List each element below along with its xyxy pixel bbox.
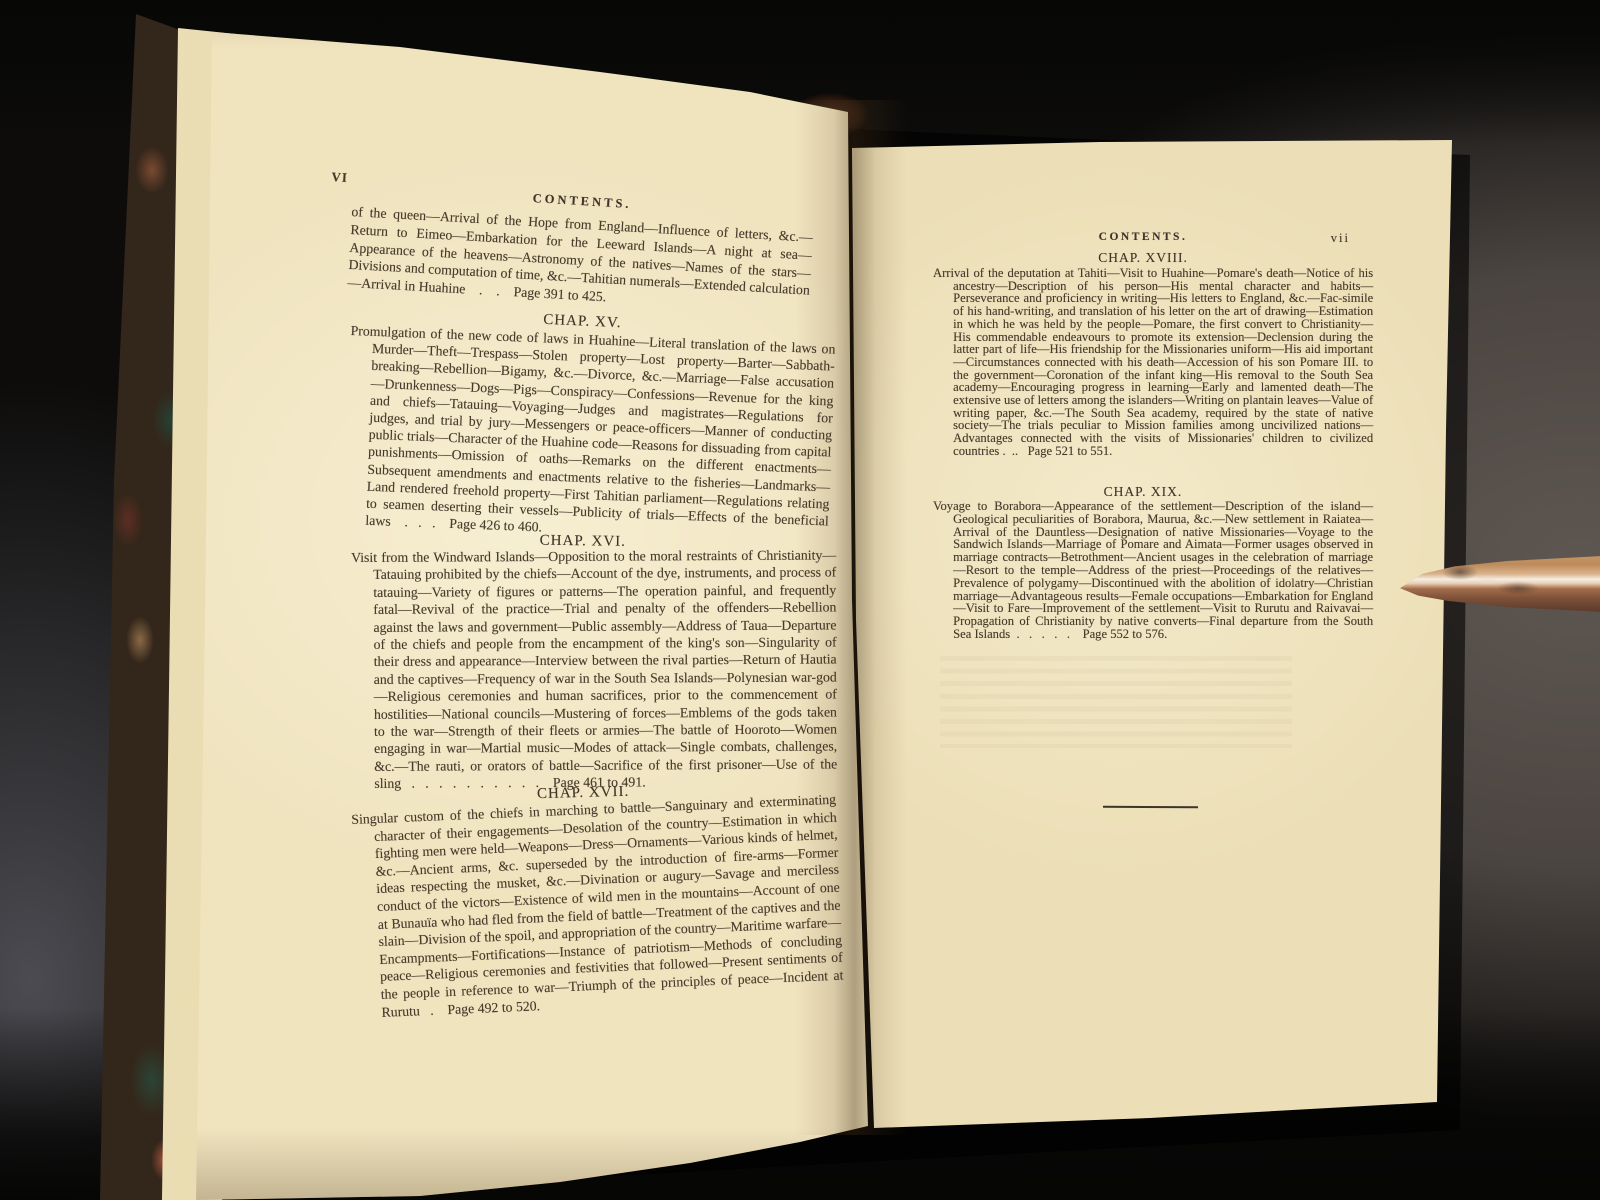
- right-page-folio: vii: [1286, 231, 1350, 246]
- show-through-ghost-text: [940, 656, 1292, 748]
- book-photo: VI CONTENTS. of the queen—Arrival of the…: [0, 0, 1600, 1200]
- chapter-summary: Visit from the Windward Islands—Oppositi…: [351, 546, 837, 792]
- chapter-summary: Singular custom of the chiefs in marchin…: [351, 791, 844, 1022]
- chapter-summary: Voyage to Borabora—Appearance of the set…: [933, 500, 1373, 641]
- chapter-heading: CHAP. XVIII.: [933, 250, 1353, 266]
- chapter-summary: Arrival of the deputation at Tahiti—Visi…: [933, 267, 1373, 458]
- left-page-folio: VI: [331, 169, 348, 186]
- chapter-heading: CHAP. XIX.: [933, 484, 1353, 500]
- chapter-summary: Promulgation of the new code of laws in …: [343, 322, 836, 547]
